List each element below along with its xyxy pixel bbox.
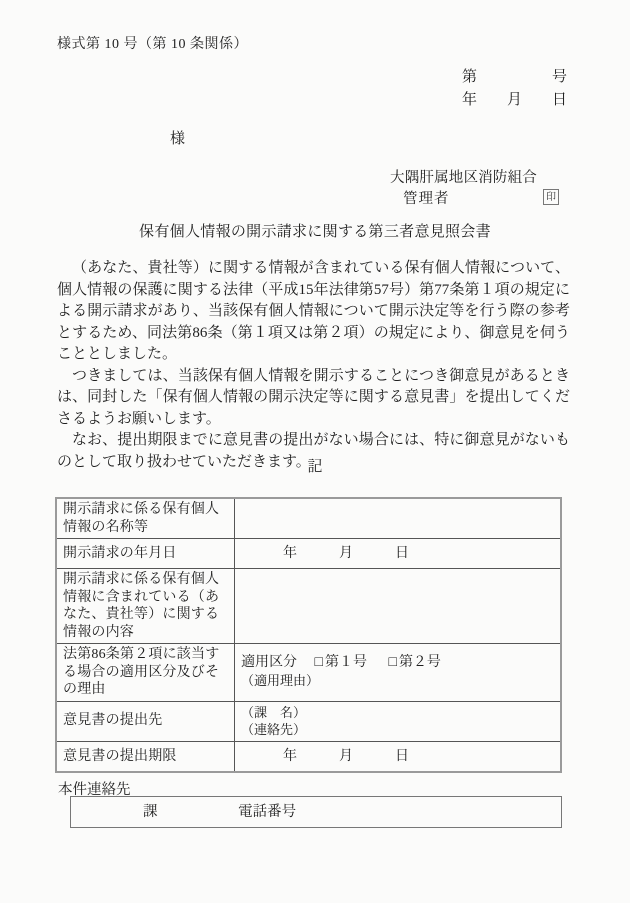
row-label-deadline: 意見書の提出期限 <box>56 741 235 772</box>
submit-dept-label: （課 名） <box>241 704 556 721</box>
checkbox-option-no1[interactable]: □第１号 <box>315 655 367 670</box>
apply-category-cell: 適用区分 □第１号 □第２号 （適用理由） <box>235 644 562 702</box>
body-paragraph-1: （あなた、貴社等）に関する情報が含まれている保有個人情報について、個人情報の保護… <box>57 258 570 366</box>
input-cell-request-date[interactable]: 年 月 日 <box>235 539 562 569</box>
row-label-name: 開示請求に係る保有個人情報の名称等 <box>56 498 235 539</box>
doc-number-block: 第 号 年 月 日 <box>462 66 567 112</box>
checkbox-icon: □ <box>315 655 323 670</box>
ki-marker: 記 <box>0 455 630 476</box>
seal-mark: 印 <box>543 189 559 205</box>
apply-reason-label: （適用理由） <box>241 672 556 690</box>
checkbox-option-no1-label: 第１号 <box>325 655 367 670</box>
input-cell-name[interactable] <box>235 498 562 539</box>
inquiry-table: 開示請求に係る保有個人情報の名称等 開示請求の年月日 年 月 日 開示請求に係る… <box>55 497 562 773</box>
sender-organization: 大隅肝属地区消防組合 <box>390 166 537 187</box>
checkbox-option-no2[interactable]: □第２号 <box>388 655 440 670</box>
apply-category-label: 適用区分 <box>241 655 297 670</box>
row-label-request-date: 開示請求の年月日 <box>56 539 235 569</box>
contact-box[interactable]: 課 電話番号 <box>70 796 562 828</box>
table-row-apply-category: 法第86条第２項に該当する場合の適用区分及びその理由 適用区分 □第１号 □第２… <box>56 644 561 702</box>
table-row-info-content: 開示請求に係る保有個人情報に含まれている（あなた、貴社等）に関する情報の内容 <box>56 569 561 644</box>
addressee-sama: 様 <box>170 127 185 148</box>
row-label-info-content: 開示請求に係る保有個人情報に含まれている（あなた、貴社等）に関する情報の内容 <box>56 569 235 644</box>
checkbox-icon: □ <box>388 655 396 670</box>
row-label-apply-category: 法第86条第２項に該当する場合の適用区分及びその理由 <box>56 644 235 702</box>
sender-title: 管理者 <box>403 187 450 208</box>
body-text: （あなた、貴社等）に関する情報が含まれている保有個人情報について、個人情報の保護… <box>57 258 570 473</box>
form-number: 様式第 10 号（第 10 条関係） <box>57 33 248 53</box>
table-row-submit-to: 意見書の提出先 （課 名） （連絡先） <box>56 701 561 741</box>
input-cell-info-content[interactable] <box>235 569 562 644</box>
document-page: 様式第 10 号（第 10 条関係） 第 号 年 月 日 様 大隅肝属地区消防組… <box>0 0 630 903</box>
contact-phone-label: 電話番号 <box>238 804 296 820</box>
doc-date-line: 年 月 日 <box>462 89 567 112</box>
table-row-name: 開示請求に係る保有個人情報の名称等 <box>56 498 561 539</box>
row-label-submit-to: 意見書の提出先 <box>56 701 235 741</box>
doc-number-line: 第 号 <box>462 66 567 89</box>
contact-department-suffix: 課 <box>143 804 158 820</box>
table-row-deadline: 意見書の提出期限 年 月 日 <box>56 741 561 772</box>
submit-to-cell[interactable]: （課 名） （連絡先） <box>235 701 562 741</box>
checkbox-option-no2-label: 第２号 <box>399 655 441 670</box>
body-paragraph-2: つきましては、当該保有個人情報を開示することにつき御意見があるときは、同封した「… <box>57 366 570 431</box>
table-row-request-date: 開示請求の年月日 年 月 日 <box>56 539 561 569</box>
document-title: 保有個人情報の開示請求に関する第三者意見照会書 <box>0 220 630 241</box>
submit-contact-label: （連絡先） <box>241 721 556 738</box>
input-cell-deadline[interactable]: 年 月 日 <box>235 741 562 772</box>
